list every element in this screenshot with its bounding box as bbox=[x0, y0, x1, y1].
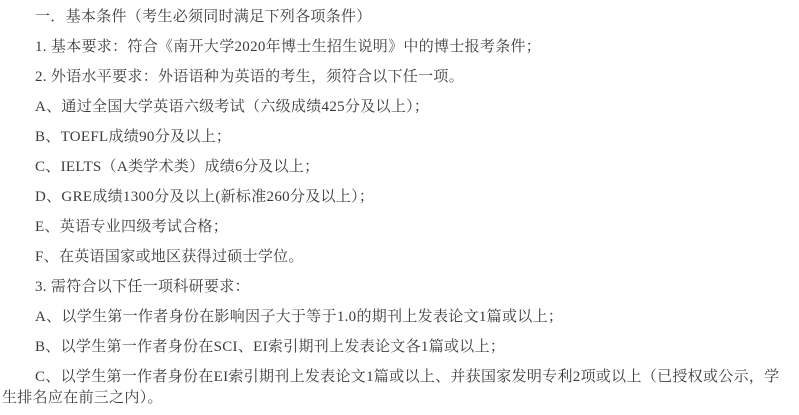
option-cet6: A、通过全国大学英语六级考试（六级成绩425分及以上）； bbox=[2, 97, 793, 118]
option-ielts: C、IELTS（A类学术类）成绩6分及以上； bbox=[2, 157, 793, 178]
option-ei-paper-patent: C、以学生第一作者身份在EI索引期刊上发表论文1篇或以上、并获国家发明专利2项或… bbox=[2, 367, 793, 409]
option-sci-ei-paper: B、以学生第一作者身份在SCI、EI索引期刊上发表论文各1篇或以上； bbox=[2, 337, 793, 358]
option-impact-factor-paper: A、以学生第一作者身份在影响因子大于等于1.0的期刊上发表论文1篇或以上； bbox=[2, 307, 793, 328]
item-language-requirement: 2. 外语水平要求：外语语种为英语的考生，须符合以下任一项。 bbox=[2, 67, 793, 88]
option-toefl: B、TOEFL成绩90分及以上； bbox=[2, 127, 793, 148]
option-overseas-masters: F、在英语国家或地区获得过硕士学位。 bbox=[2, 247, 793, 268]
option-gre: D、GRE成绩1300分及以上(新标准260分及以上）； bbox=[2, 187, 793, 208]
item-basic-requirement: 1. 基本要求：符合《南开大学2020年博士生招生说明》中的博士报考条件； bbox=[2, 37, 793, 58]
heading-basic-conditions: 一．基本条件（考生必须同时满足下列各项条件） bbox=[2, 7, 793, 28]
document-page: 一．基本条件（考生必须同时满足下列各项条件） 1. 基本要求：符合《南开大学20… bbox=[0, 0, 799, 415]
item-research-requirement: 3. 需符合以下任一项科研要求： bbox=[2, 277, 793, 298]
option-tem4: E、英语专业四级考试合格； bbox=[2, 217, 793, 238]
